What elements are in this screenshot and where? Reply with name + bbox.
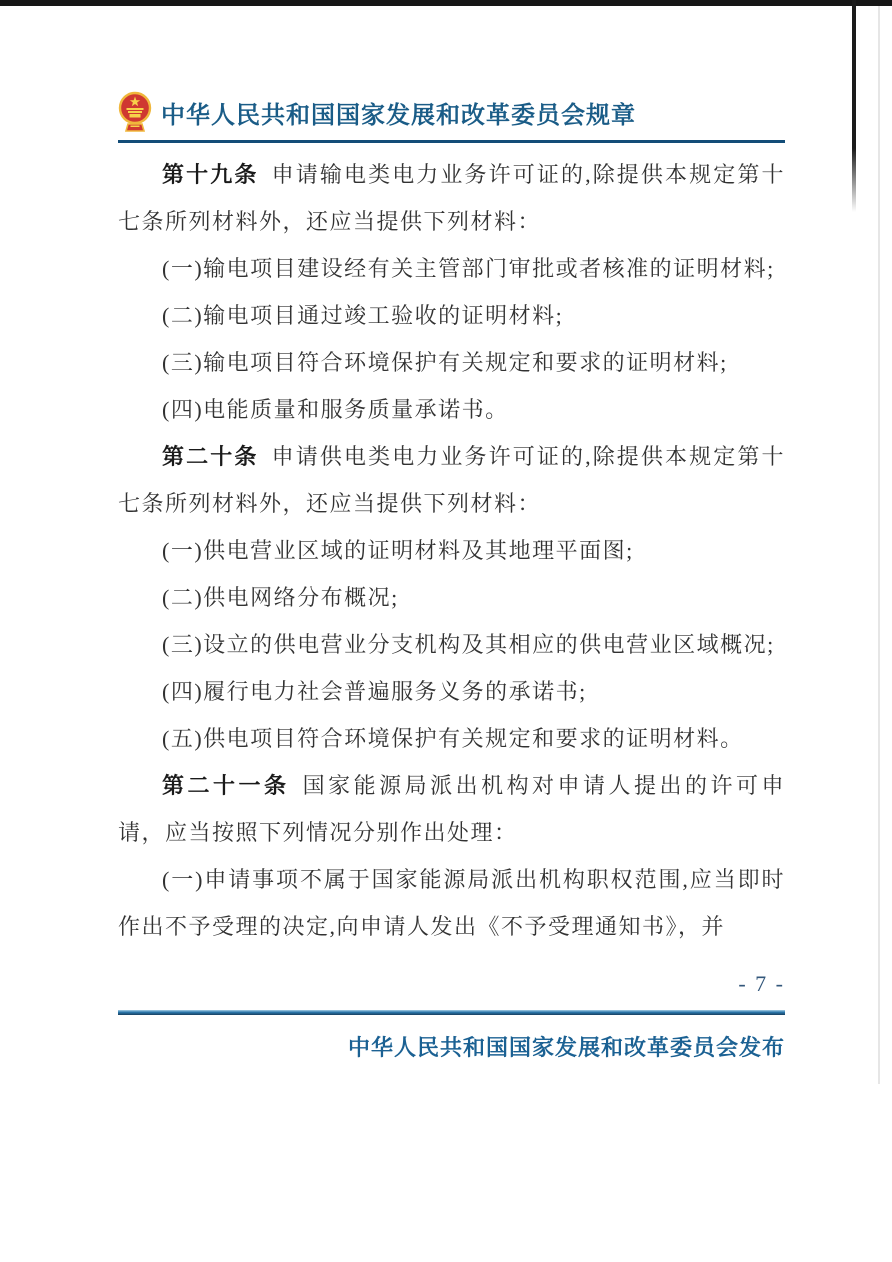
article-paragraph: 第二十一条国家能源局派出机构对申请人提出的许可申请，应当按照下列情况分别作出处理… (118, 762, 785, 856)
document-header: 中华人民共和国国家发展和改革委员会规章 (118, 90, 785, 134)
page-content: 中华人民共和国国家发展和改革委员会规章 第十九条申请输电类电力业务许可证的,除提… (118, 0, 785, 1062)
list-item: (二)输电项目通过竣工验收的证明材料; (118, 292, 785, 339)
article-number: 第二十条 (162, 444, 258, 469)
article-number: 第十九条 (162, 162, 258, 187)
list-item: (三)设立的供电营业分支机构及其相应的供电营业区域概况; (118, 621, 785, 668)
article-number: 第二十一条 (162, 773, 289, 798)
document-page: 中华人民共和国国家发展和改革委员会规章 第十九条申请输电类电力业务许可证的,除提… (0, 0, 892, 1262)
item-text: (二)输电项目通过竣工验收的证明材料; (162, 303, 563, 328)
header-divider (118, 140, 785, 143)
page-title: 中华人民共和国国家发展和改革委员会规章 (161, 95, 636, 130)
item-text: (五)供电项目符合环境保护有关规定和要求的证明材料。 (162, 726, 744, 751)
list-item: (四)履行电力社会普遍服务义务的承诺书; (118, 668, 785, 715)
item-text: (一)申请事项不属于国家能源局派出机构职权范围,应当即时作出不予受理的决定,向申… (118, 867, 785, 939)
item-text: (三)输电项目符合环境保护有关规定和要求的证明材料; (162, 350, 728, 375)
scan-edge-right (852, 0, 856, 212)
list-item: (一)申请事项不属于国家能源局派出机构职权范围,应当即时作出不予受理的决定,向申… (118, 856, 785, 950)
list-item: (二)供电网络分布概况; (118, 574, 785, 621)
footer-divider (118, 1010, 785, 1015)
item-text: (一)输电项目建设经有关主管部门审批或者核准的证明材料; (162, 256, 775, 281)
scan-streak (878, 6, 880, 1084)
national-emblem-icon (118, 91, 152, 133)
article-paragraph: 第十九条申请输电类电力业务许可证的,除提供本规定第十七条所列材料外，还应当提供下… (118, 151, 785, 245)
article-paragraph: 第二十条申请供电类电力业务许可证的,除提供本规定第十七条所列材料外，还应当提供下… (118, 433, 785, 527)
list-item: (五)供电项目符合环境保护有关规定和要求的证明材料。 (118, 715, 785, 762)
document-body: 第十九条申请输电类电力业务许可证的,除提供本规定第十七条所列材料外，还应当提供下… (118, 151, 785, 950)
item-text: (一)供电营业区域的证明材料及其地理平面图; (162, 538, 634, 563)
list-item: (一)输电项目建设经有关主管部门审批或者核准的证明材料; (118, 245, 785, 292)
publisher-line: 中华人民共和国国家发展和改革委员会发布 (118, 1031, 785, 1062)
page-number: - 7 - (118, 972, 785, 996)
item-text: (四)电能质量和服务质量承诺书。 (162, 397, 509, 422)
item-text: (二)供电网络分布概况; (162, 585, 399, 610)
item-text: (三)设立的供电营业分支机构及其相应的供电营业区域概况; (162, 632, 775, 657)
item-text: (四)履行电力社会普遍服务义务的承诺书; (162, 679, 587, 704)
list-item: (一)供电营业区域的证明材料及其地理平面图; (118, 527, 785, 574)
list-item: (四)电能质量和服务质量承诺书。 (118, 386, 785, 433)
list-item: (三)输电项目符合环境保护有关规定和要求的证明材料; (118, 339, 785, 386)
